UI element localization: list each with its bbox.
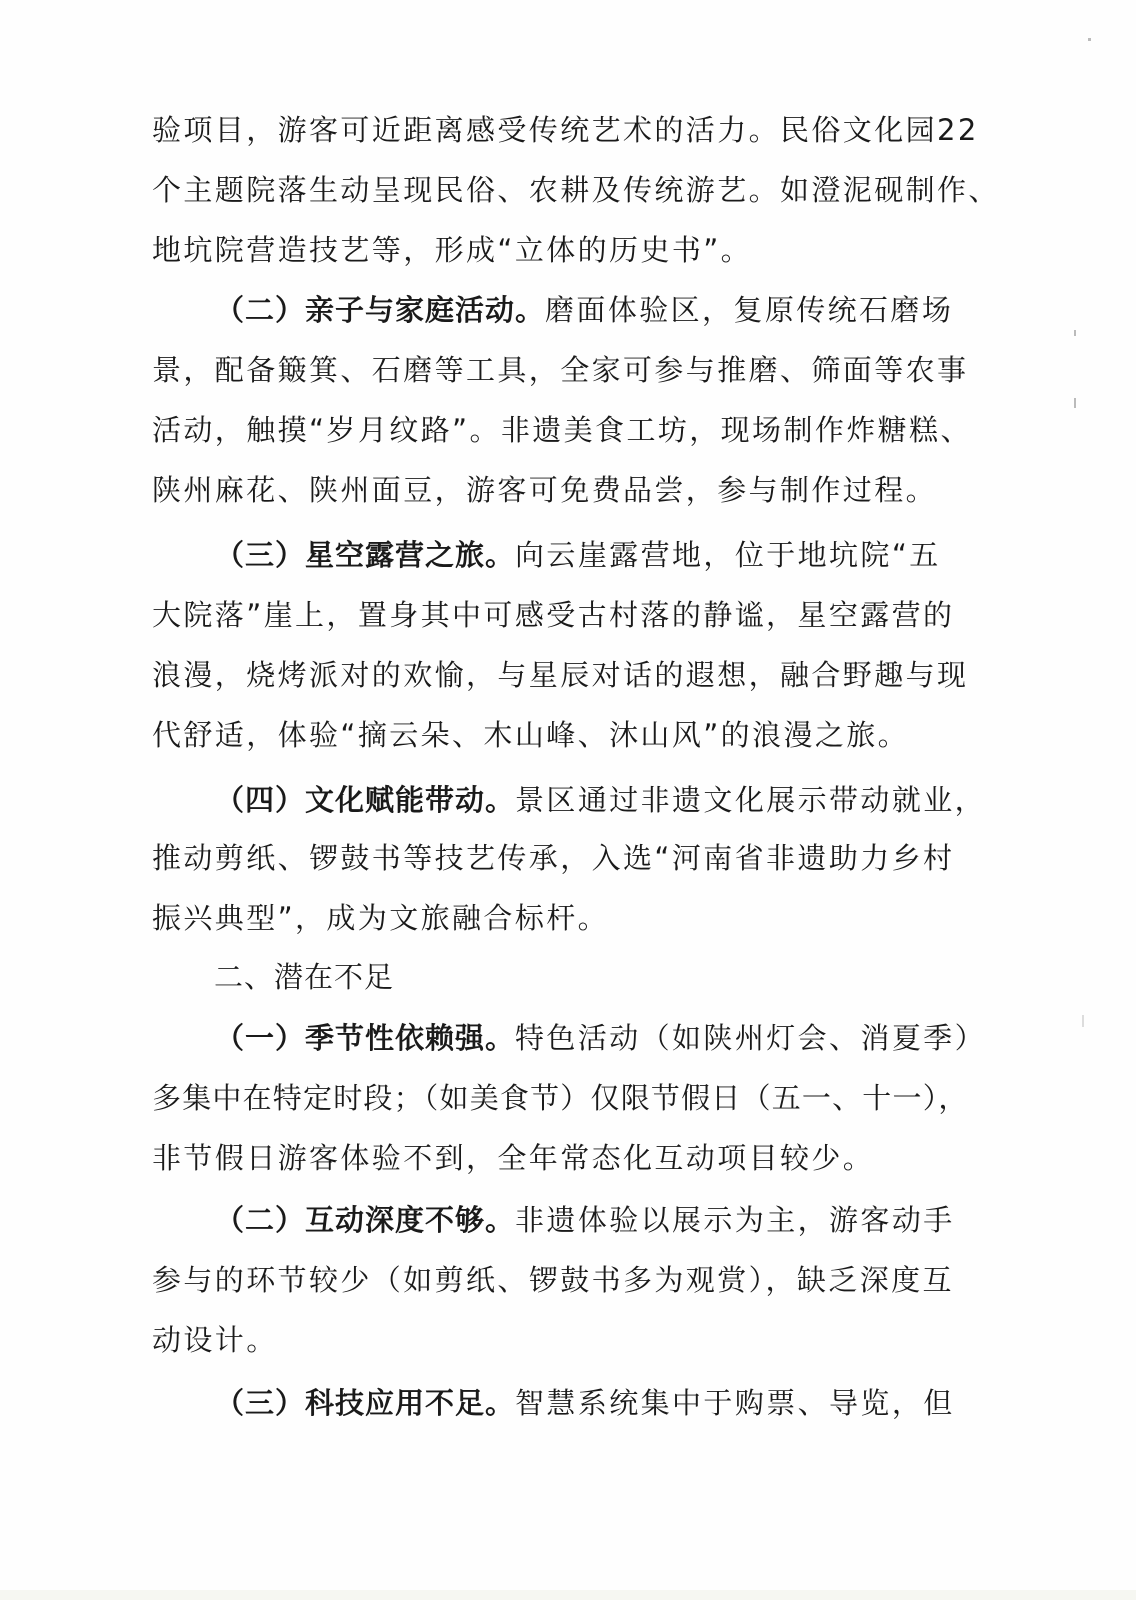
document-page: 验项目，游客可近距离感受传统艺术的活力。民俗文化园22 个主题院落生动呈现民俗、… — [0, 0, 1136, 1600]
scan-mark — [1074, 330, 1076, 336]
section-lead-heading: （三）科技应用不足。 — [215, 1386, 515, 1420]
body-line: 大院落”崖上，置身其中可感受古村落的静谧，星空露营的 — [152, 595, 972, 635]
scan-mark — [1074, 398, 1076, 408]
section-paragraph-family: （二）亲子与家庭活动。磨面体验区，复原传统石磨场 — [215, 290, 1035, 330]
body-line: 验项目，游客可近距离感受传统艺术的活力。民俗文化园22 — [152, 110, 972, 150]
section-paragraph-seasonality: （一）季节性依赖强。特色活动（如陕州灯会、消夏季） — [215, 1018, 1035, 1058]
body-line: 代舒适，体验“摘云朵、木山峰、沐山风”的浪漫之旅。 — [152, 715, 972, 755]
body-line: 振兴典型”，成为文旅融合标杆。 — [152, 898, 972, 938]
body-line: 浪漫，烧烤派对的欢愉，与星辰对话的遐想，融合野趣与现 — [152, 655, 972, 695]
section-text: 景区通过非遗文化展示带动就业， — [515, 783, 986, 817]
scan-mark — [1088, 38, 1091, 41]
section-paragraph-camping: （三）星空露营之旅。向云崖露营地，位于地坑院“五 — [215, 535, 1035, 575]
section-text: 智慧系统集中于购票、导览，但 — [515, 1386, 955, 1420]
section-lead-heading: （三）星空露营之旅。 — [215, 538, 515, 572]
section-heading-shortcomings: 二、潜在不足 — [214, 957, 1034, 997]
section-text: 磨面体验区，复原传统石磨场 — [545, 293, 953, 327]
section-text: 特色活动（如陕州灯会、消夏季） — [515, 1021, 986, 1055]
section-paragraph-culture: （四）文化赋能带动。景区通过非遗文化展示带动就业， — [215, 780, 1035, 820]
scan-edge — [0, 1590, 1136, 1600]
body-line: 个主题院落生动呈现民俗、农耕及传统游艺。如澄泥砚制作、 — [152, 170, 972, 210]
section-lead-heading: （四）文化赋能带动。 — [215, 783, 515, 817]
section-paragraph-interaction: （二）互动深度不够。非遗体验以展示为主，游客动手 — [215, 1200, 1035, 1240]
body-line: 陕州麻花、陕州面豆，游客可免费品尝，参与制作过程。 — [152, 470, 972, 510]
body-line: 推动剪纸、锣鼓书等技艺传承，入选“河南省非遗助力乡村 — [152, 838, 972, 878]
body-line: 景，配备簸箕、石磨等工具，全家可参与推磨、筛面等农事 — [152, 350, 972, 390]
body-line: 动设计。 — [152, 1320, 972, 1360]
section-text: 向云崖露营地，位于地坑院“五 — [515, 538, 941, 572]
body-line: 参与的环节较少（如剪纸、锣鼓书多为观赏），缺乏深度互 — [152, 1260, 972, 1300]
body-line: 活动，触摸“岁月纹路”。非遗美食工坊，现场制作炸糖糕、 — [152, 410, 972, 450]
scan-mark — [1082, 1015, 1084, 1027]
section-text: 非遗体验以展示为主，游客动手 — [515, 1203, 955, 1237]
section-lead-heading: （二）亲子与家庭活动。 — [215, 293, 545, 327]
body-line: 非节假日游客体验不到，全年常态化互动项目较少。 — [152, 1138, 972, 1178]
body-line: 多集中在特定时段；（如美食节）仅限节假日（五一、十一）， — [152, 1078, 972, 1118]
section-paragraph-technology: （三）科技应用不足。智慧系统集中于购票、导览，但 — [215, 1383, 1035, 1423]
section-lead-heading: （一）季节性依赖强。 — [215, 1021, 515, 1055]
section-lead-heading: （二）互动深度不够。 — [215, 1203, 515, 1237]
body-line: 地坑院营造技艺等，形成“立体的历史书”。 — [152, 230, 972, 270]
